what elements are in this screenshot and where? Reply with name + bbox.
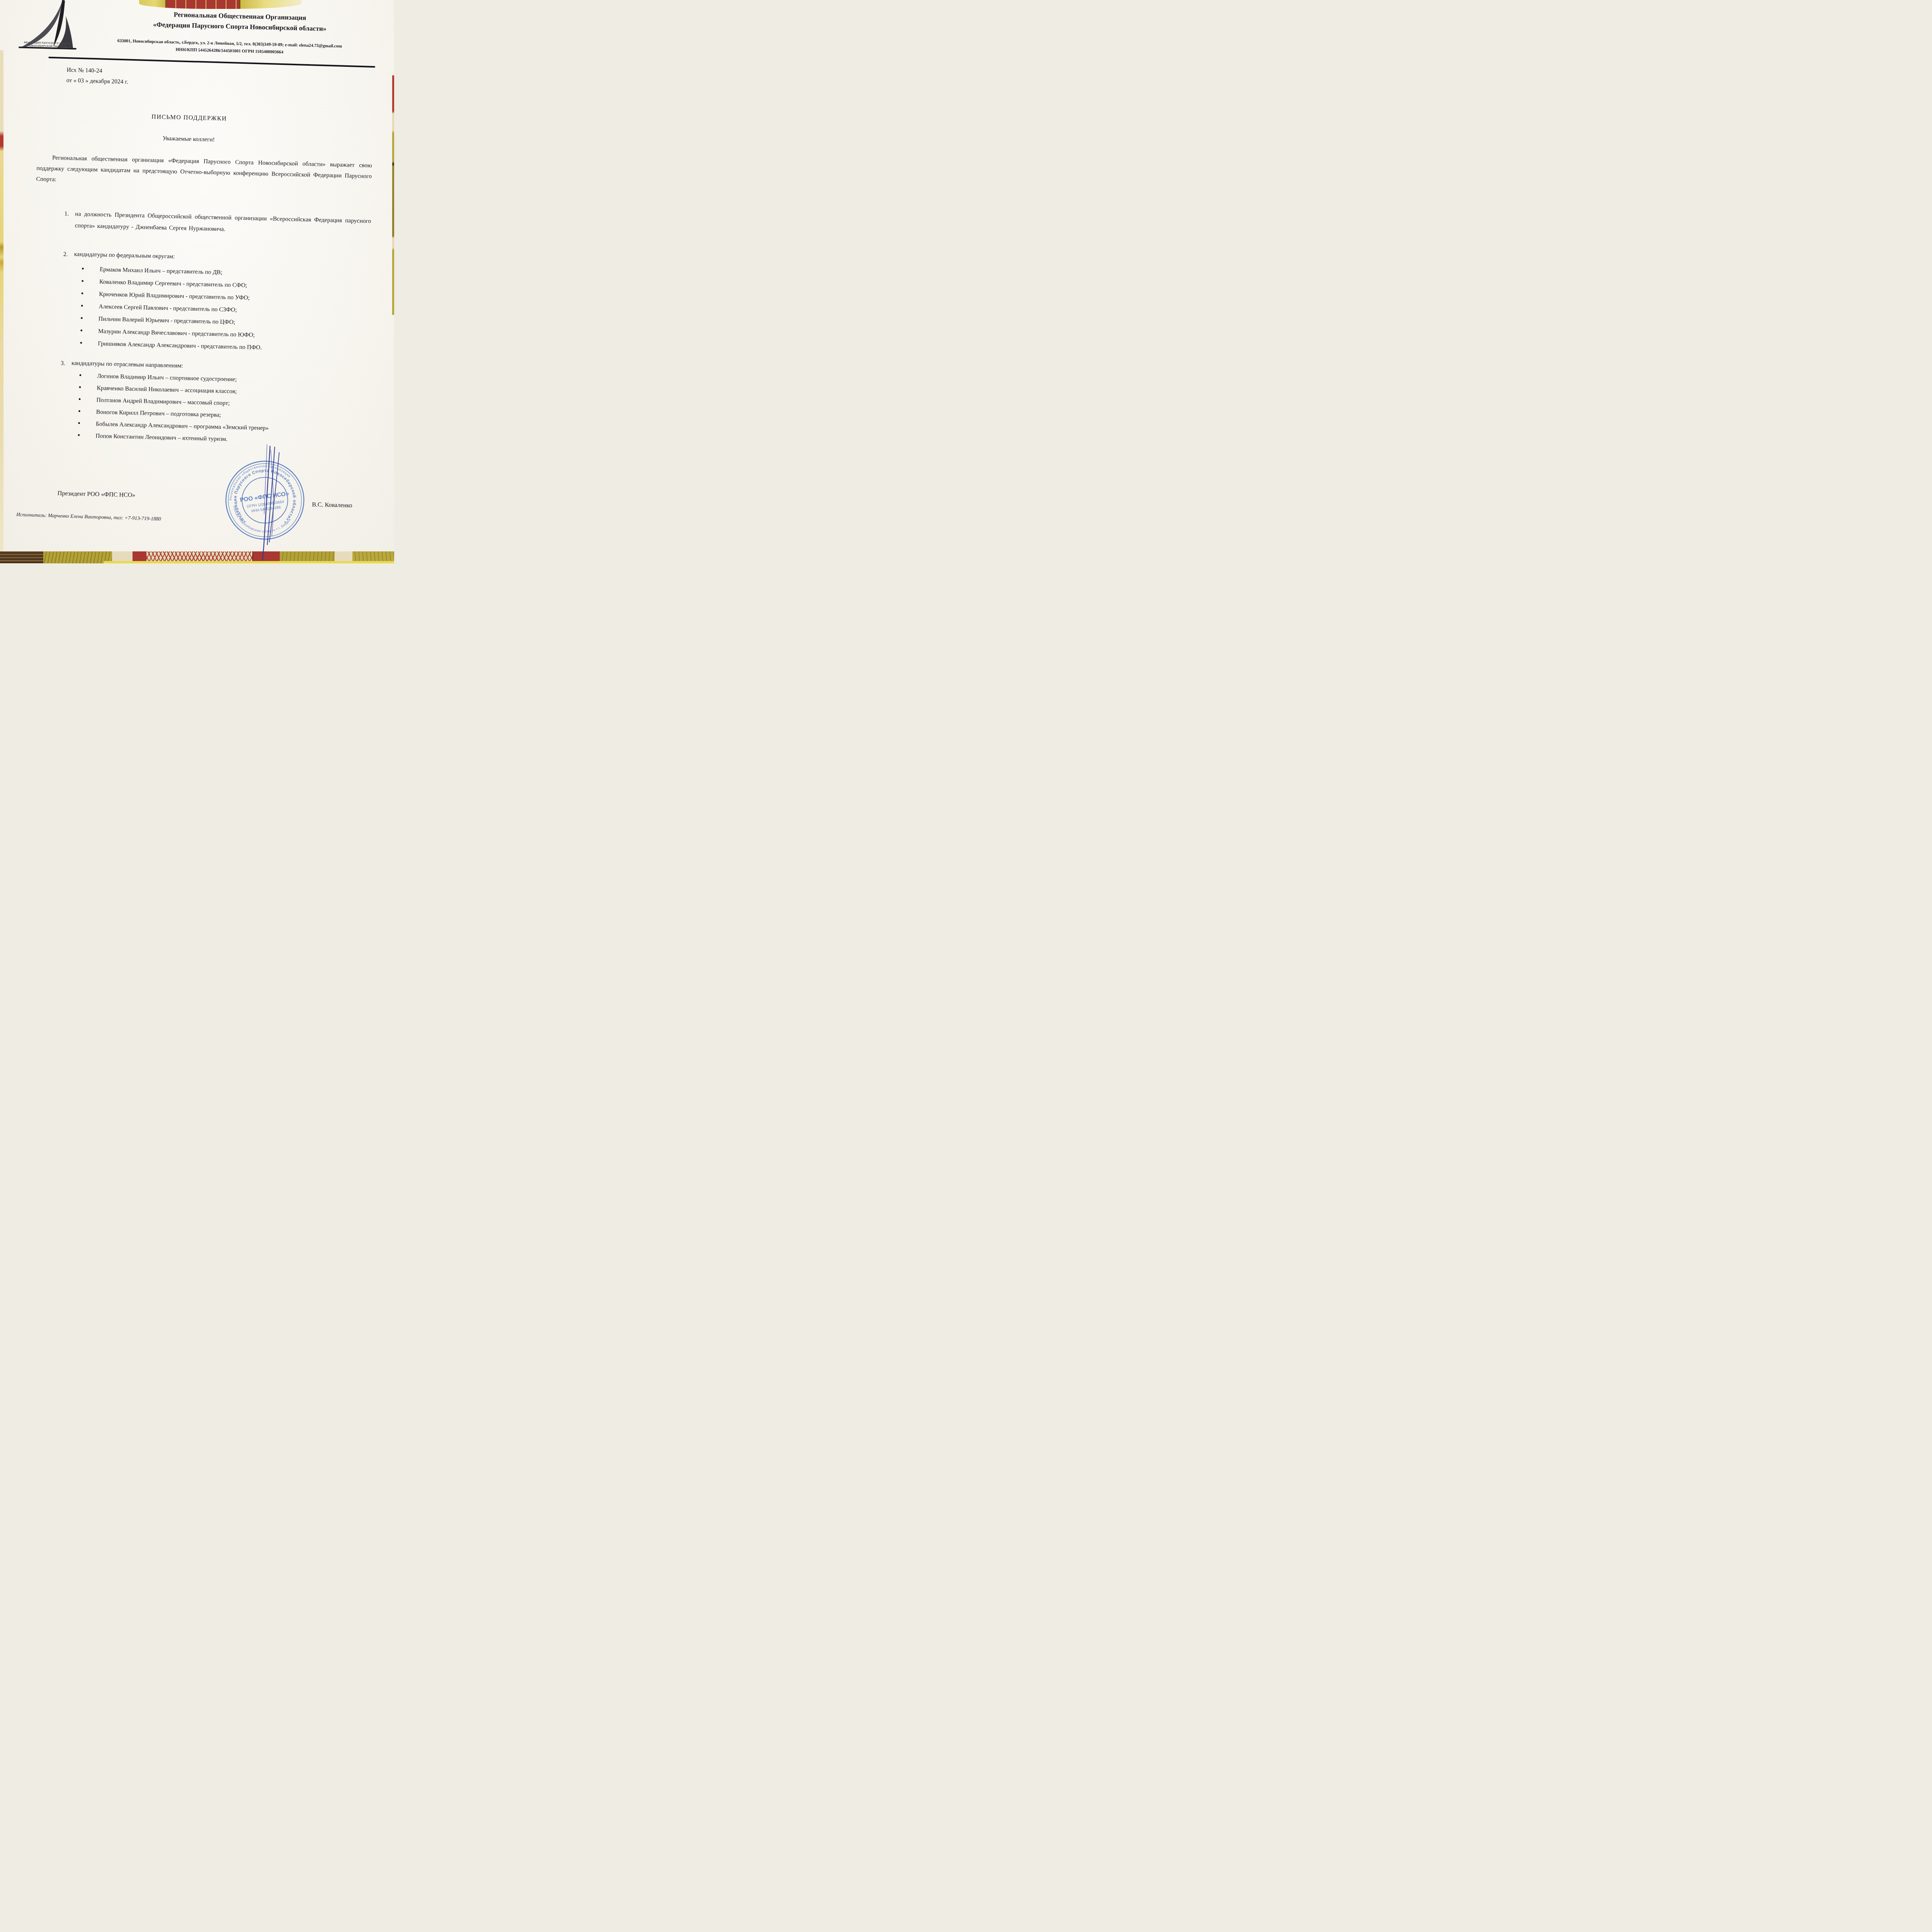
outgoing-number: Исх № 140-24 <box>66 65 128 77</box>
executor-line: Исполнитель: Марченко Елена Викторовна, … <box>16 511 161 522</box>
letter-title: ПИСЬМО ПОДДЕРЖКИ <box>4 110 375 126</box>
signer-name: В.С. Коваленко <box>312 501 352 509</box>
salutation: Уважаемые коллеги! <box>3 131 374 147</box>
numbered-item-1: 1. на должность Президента Общероссийско… <box>64 208 371 239</box>
intro-paragraph: Региональная общественная организация «Ф… <box>36 152 372 193</box>
item-number: 2. <box>63 249 75 261</box>
letter-date: от « 03 » декабря 2024 г. <box>66 75 128 87</box>
letter-sheet: ФЕДЕРАЦИЯ ПАРУСНОГО СПОРТА НОВОСИБИРСКОЙ… <box>0 0 394 563</box>
item-number: 1. <box>64 208 75 232</box>
federal-districts-list: Ермаков Михаил Ильич – представитель по … <box>80 264 375 358</box>
item-number: 3. <box>61 357 72 369</box>
photographed-letter: ФЕДЕРАЦИЯ ПАРУСНОГО СПОРТА НОВОСИБИРСКОЙ… <box>0 0 394 563</box>
handwritten-signature <box>209 433 313 563</box>
letterhead-address: 633001, Новосибирская область, г.Бердск,… <box>63 36 394 59</box>
signer-position: Президент РОО «ФПС НСО» <box>58 490 136 499</box>
reference-block: Исх № 140-24 от « 03 » декабря 2024 г. <box>66 65 129 87</box>
letterhead: Региональная Общественная Организация «Ф… <box>85 7 394 36</box>
item-text: на должность Президента Общероссийской о… <box>75 208 371 239</box>
